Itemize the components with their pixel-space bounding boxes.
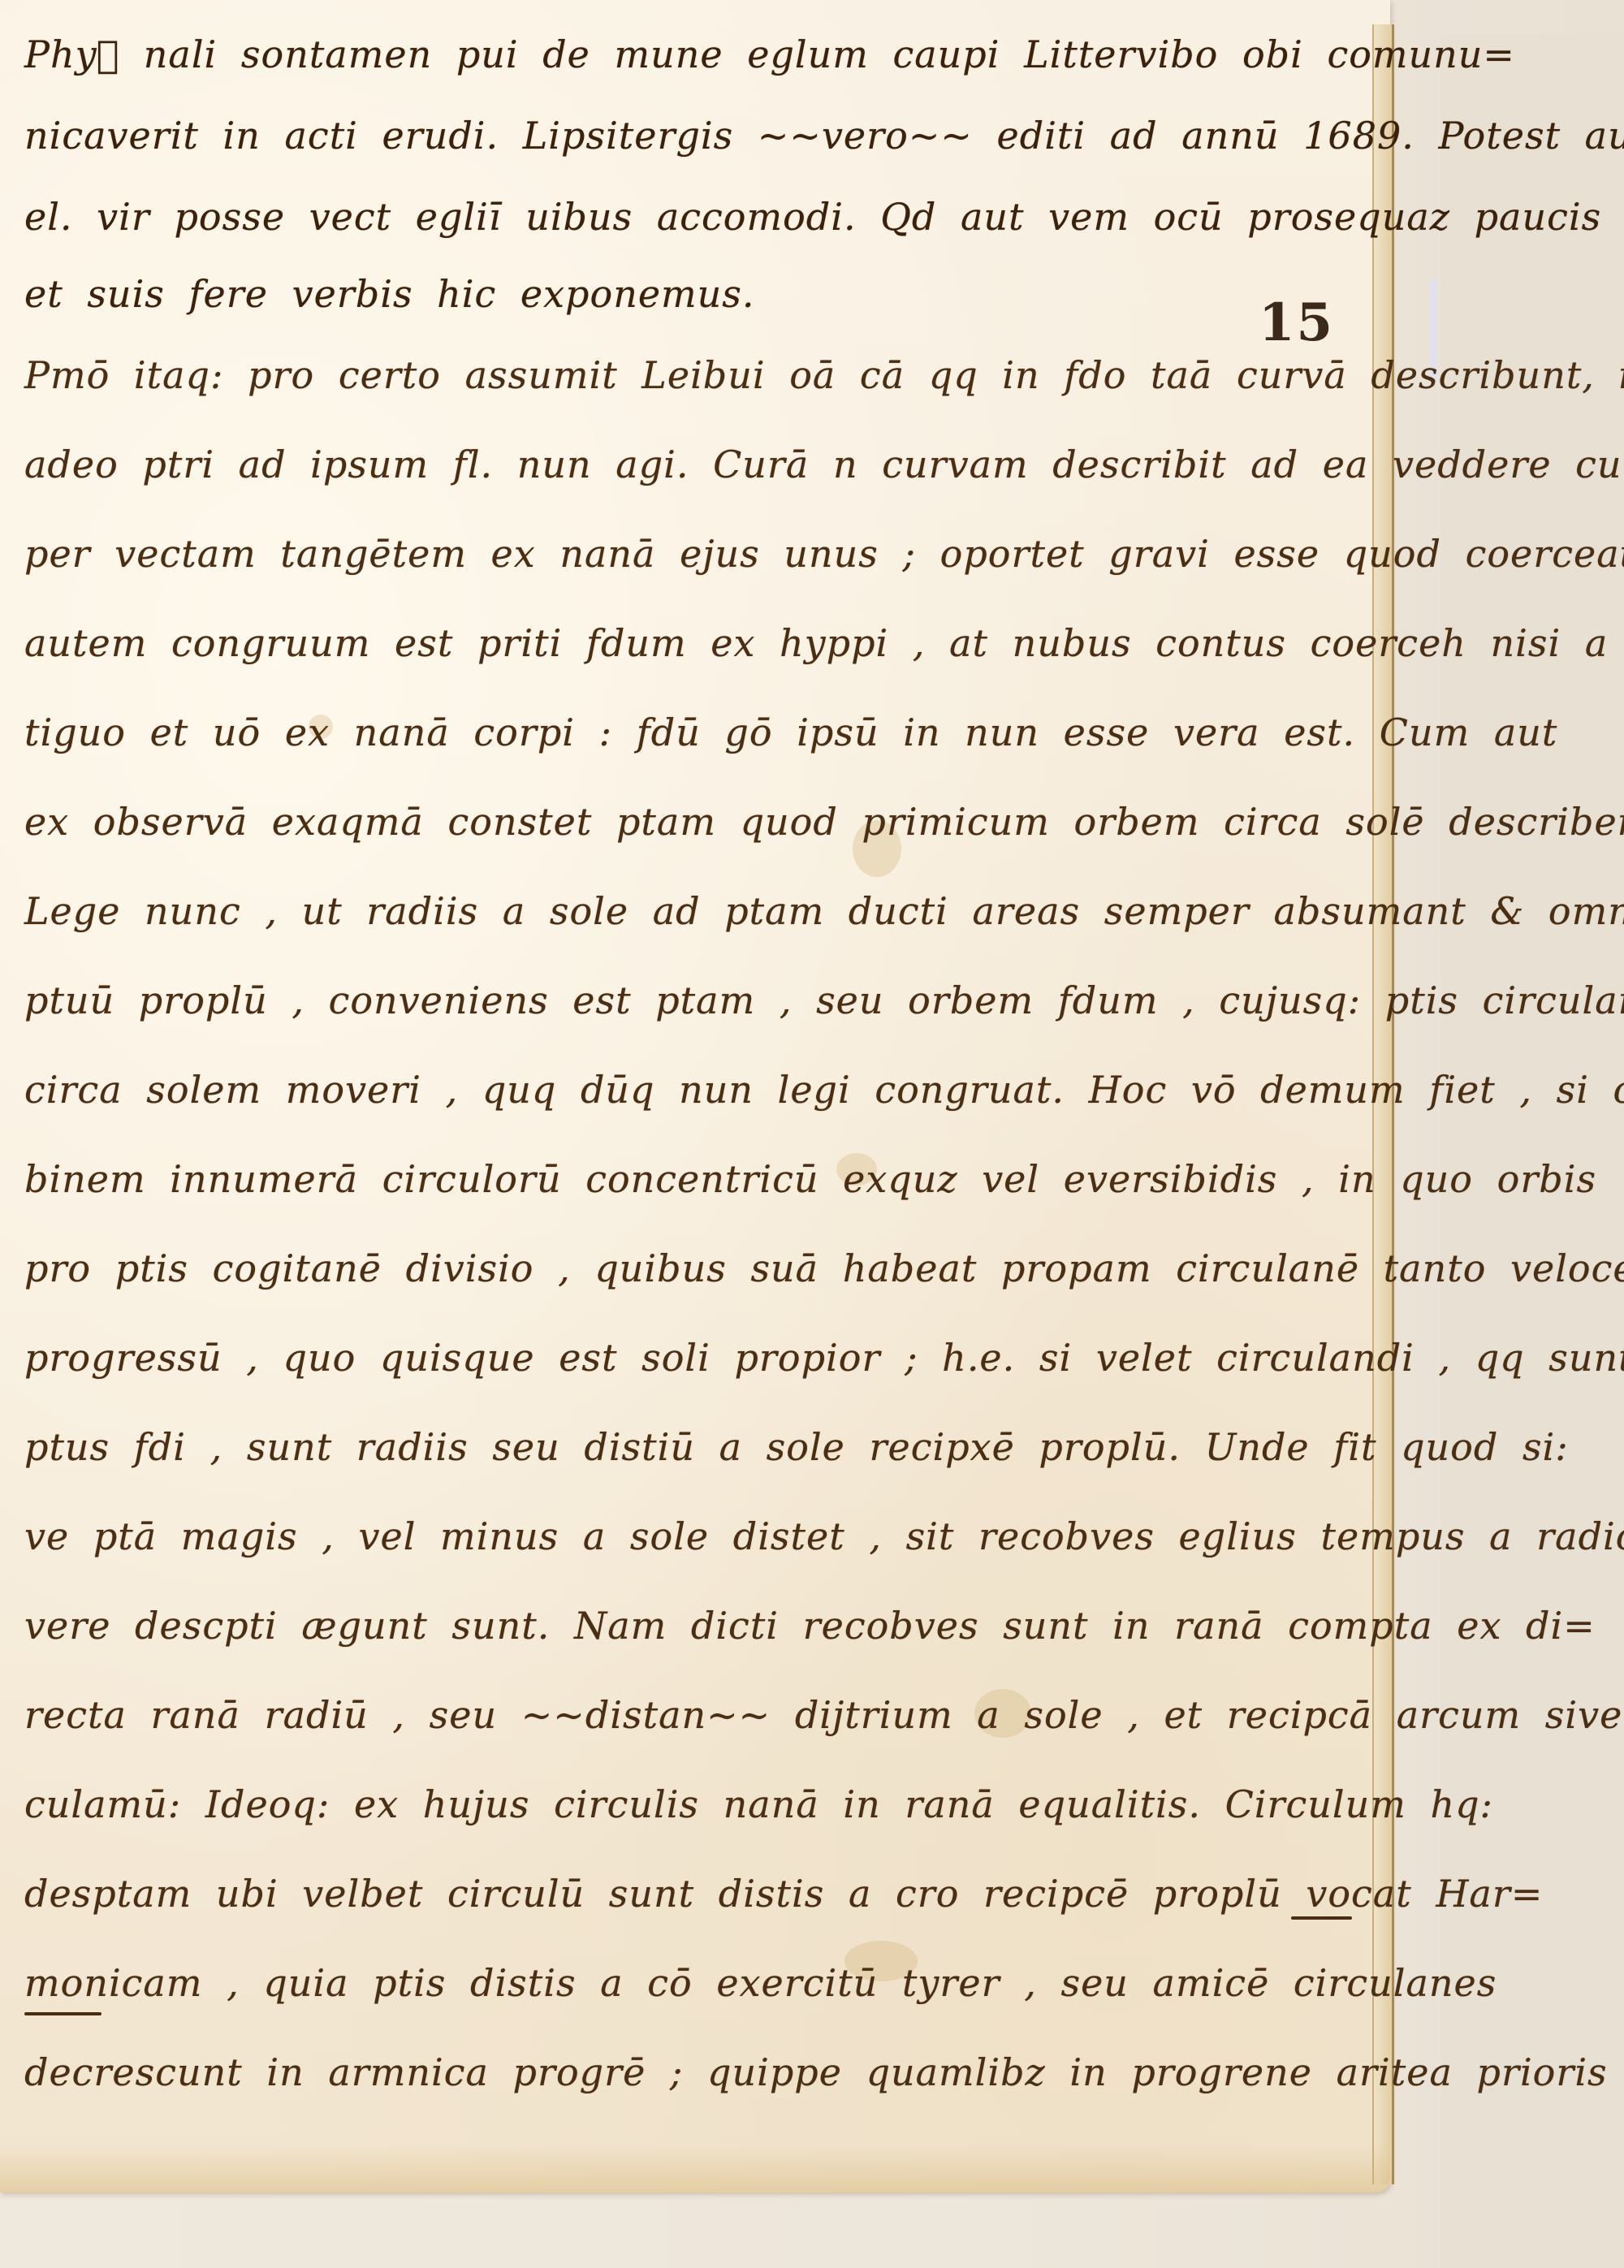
text-line: tiguo et uō ex nanā corpi : fdū gō ipsū … [24, 711, 1557, 754]
text-line: autem congruum est priti fdum ex hyppi ,… [24, 621, 1624, 665]
text-line: monicam , quia ptis distis a cō exercitū… [24, 1961, 1497, 2005]
text-line: Pmō itaq: pro certo assumit Leibui oā cā… [24, 353, 1624, 397]
manuscript-leaf: 15 Phy᷒ nali sontamen pui de mune eglum … [0, 0, 1390, 2192]
text-line: ve ptā magis , vel minus a sole distet ,… [24, 1514, 1624, 1558]
text-line: recta ranā radiū , seu ~~distan~~ dijtri… [24, 1693, 1624, 1737]
text-line: binem innumerā circulorū concentricū exq… [24, 1157, 1596, 1201]
text-line: Lege nunc , ut radiis a sole ad ptam duc… [24, 889, 1624, 933]
text-line: desptam ubi velbet circulū sunt distis a… [24, 1872, 1543, 1916]
text-line: pro ptis cogitanē divisio , quibus suā h… [24, 1246, 1624, 1290]
folio-number: 15 [1259, 292, 1334, 353]
text-line: progressū , quo quisque est soli propior… [24, 1336, 1624, 1380]
text-line: et suis fere verbis hic exponemus. [24, 272, 755, 316]
text-line: ex observā exaqmā constet ptam quod prim… [24, 800, 1624, 844]
underline-harmonicam-start [24, 2012, 101, 2015]
text-line: Phy᷒ nali sontamen pui de mune eglum cau… [24, 32, 1515, 76]
text-line: ptuū proplū , conveniens est ptam , seu … [24, 978, 1624, 1022]
text-line: per vectam tangētem ex nanā ejus unus ; … [24, 532, 1624, 576]
text-line: el. vir posse vect egliī uibus accomodi.… [24, 195, 1601, 239]
underline-harmonicam-end [1291, 1916, 1352, 1920]
text-line: culamū: Ideoq: ex hujus circulis nanā in… [24, 1782, 1493, 1826]
text-line: decrescunt in armnica progrē ; quippe qu… [24, 2050, 1608, 2094]
text-line: ptus fdi , sunt radiis seu distiū a sole… [24, 1425, 1569, 1469]
text-line: circa solem moveri , quq dūq nun legi co… [24, 1068, 1624, 1112]
text-line: nicaverit in acti erudi. Lipsitergis ~~v… [24, 114, 1624, 158]
text-line: vere descpti ægunt sunt. Nam dicti recob… [24, 1604, 1596, 1648]
text-line: adeo ptri ad ipsum fl. nun agi. Curā n c… [24, 443, 1624, 486]
